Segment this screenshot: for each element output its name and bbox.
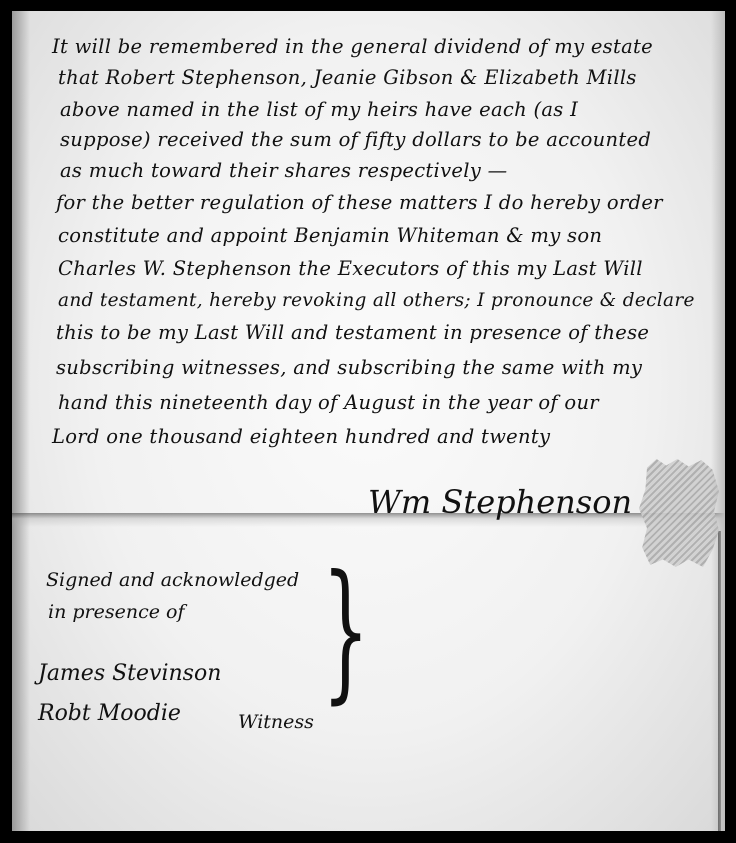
testator-signature: Wm Stephenson (368, 483, 632, 521)
will-line-9: and testament, hereby revoking all other… (58, 290, 695, 311)
brace-icon: } (322, 556, 370, 706)
witness-name-1: James Stevinson (38, 661, 221, 686)
witness-label: Witness (238, 711, 314, 733)
will-line-8: Charles W. Stephenson the Executors of t… (58, 257, 643, 280)
scan-frame: It will be remembered in the general div… (0, 0, 736, 843)
will-line-1: It will be remembered in the general div… (52, 35, 653, 58)
will-line-10: this to be my Last Will and testament in… (56, 321, 649, 344)
attestation-line-2: in presence of (48, 601, 184, 623)
will-line-4: suppose) received the sum of fifty dolla… (60, 128, 651, 151)
page-edge (718, 531, 721, 831)
will-line-11: subscribing witnesses, and subscribing t… (56, 356, 642, 379)
will-line-12: hand this nineteenth day of August in th… (58, 391, 599, 414)
document-page: It will be remembered in the general div… (12, 11, 725, 831)
will-line-2: that Robert Stephenson, Jeanie Gibson & … (58, 66, 637, 89)
will-line-5: as much toward their shares respectively… (60, 159, 507, 182)
will-line-6: for the better regulation of these matte… (56, 191, 663, 214)
will-line-7: constitute and appoint Benjamin Whiteman… (58, 224, 602, 247)
attestation-line-1: Signed and acknowledged (46, 569, 299, 591)
wax-seal-icon (639, 459, 719, 567)
will-line-3: above named in the list of my heirs have… (60, 98, 578, 121)
will-line-13: Lord one thousand eighteen hundred and t… (52, 425, 550, 448)
witness-name-2: Robt Moodie (38, 701, 181, 726)
